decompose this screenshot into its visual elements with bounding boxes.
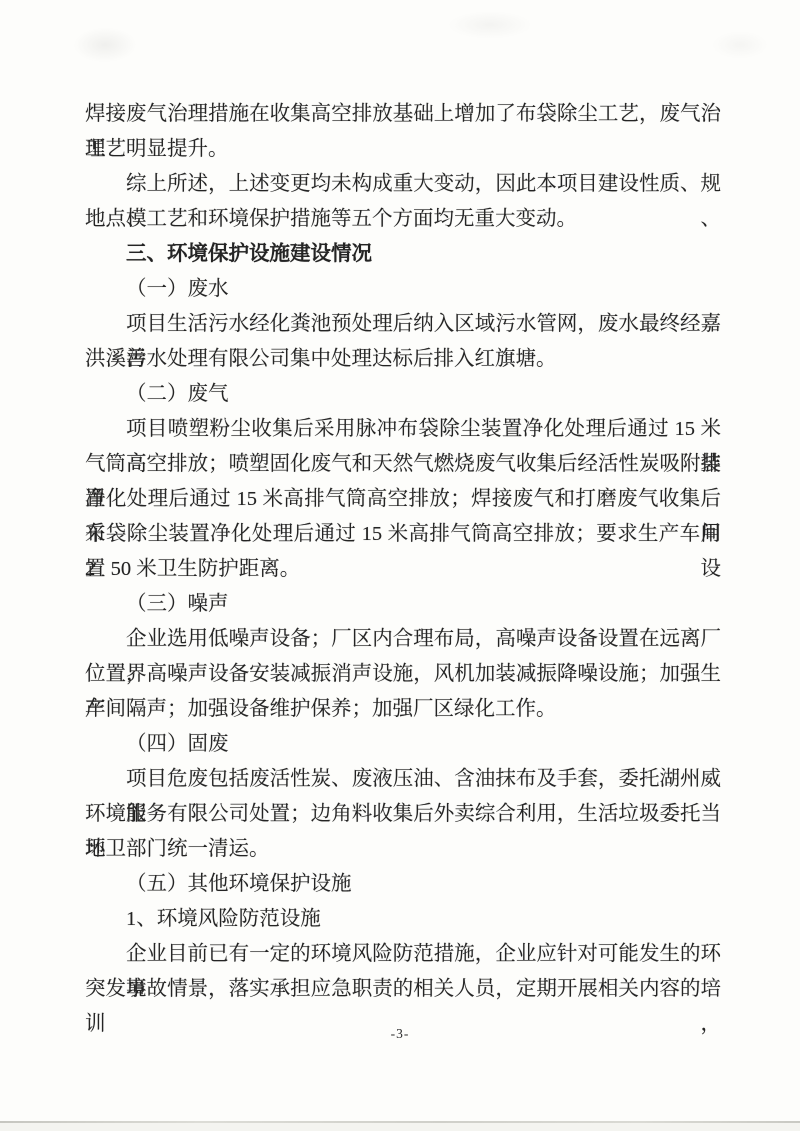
list-item-heading: 1、环境风险防范设施 (85, 902, 721, 937)
subsection-heading: （一）废水 (85, 272, 721, 307)
text-line: 项目危废包括废活性炭、废液压油、含油抹布及手套，委托湖州威能 (85, 762, 721, 797)
text-line: 工艺明显提升。 (85, 132, 721, 167)
text-line: 企业选用低噪声设备；厂区内合理布局，高噪声设备设置在远离厂界 (85, 622, 721, 657)
subsection-heading: （五）其他环境保护设施 (85, 867, 721, 902)
subsection-heading: （二）废气 (85, 377, 721, 412)
text-line: 洪溪污水处理有限公司集中处理达标后排入红旗塘。 (85, 342, 721, 377)
text-line: 企业目前已有一定的环境风险防范措施，企业应针对可能发生的环境 (85, 937, 721, 972)
text-line: 综上所述，上述变更均未构成重大变动，因此本项目建设性质、规模、 (85, 167, 721, 202)
subsection-heading: （四）固废 (85, 727, 721, 762)
text-line: 环境服务有限公司处置；边角料收集后外卖综合利用，生活垃圾委托当地 (85, 797, 721, 832)
text-line: 项目喷塑粉尘收集后采用脉冲布袋除尘装置净化处理后通过 15 米高排 (85, 412, 721, 447)
text-line: 位置，高噪声设备安装减振消声设施，风机加装减振降噪设施；加强生产 (85, 657, 721, 692)
section-heading: 三、环境保护设施建设情况 (85, 237, 721, 272)
text-line: 突发事故情景，落实承担应急职责的相关人员，定期开展相关内容的培训， (85, 972, 721, 1007)
page-number: -3- (0, 1026, 800, 1042)
subsection-heading: （三）噪声 (85, 587, 721, 622)
document-body: 焊接废气治理措施在收集高空排放基础上增加了布袋除尘工艺，废气治理 工艺明显提升。… (85, 97, 721, 1007)
text-line: 车间隔声；加强设备维护保养；加强厂区绿化工作。 (85, 692, 721, 727)
document-page: 焊接废气治理措施在收集高空排放基础上增加了布袋除尘工艺，废气治理 工艺明显提升。… (0, 0, 800, 1131)
text-line: 环卫部门统一清运。 (85, 832, 721, 867)
text-line: 布袋除尘装置净化处理后通过 15 米高排气筒高空排放；要求生产车间 2 设 (85, 517, 721, 552)
scan-edge-shadow (0, 1123, 800, 1131)
text-line: 项目生活污水经化粪池预处理后纳入区域污水管网，废水最终经嘉善 (85, 307, 721, 342)
text-line: 净化处理后通过 15 米高排气筒高空排放；焊接废气和打磨废气收集后采用 (85, 482, 721, 517)
text-line: 焊接废气治理措施在收集高空排放基础上增加了布袋除尘工艺，废气治理 (85, 97, 721, 132)
text-line: 气筒高空排放；喷塑固化废气和天然气燃烧废气收集后经活性炭吸附装置 (85, 447, 721, 482)
